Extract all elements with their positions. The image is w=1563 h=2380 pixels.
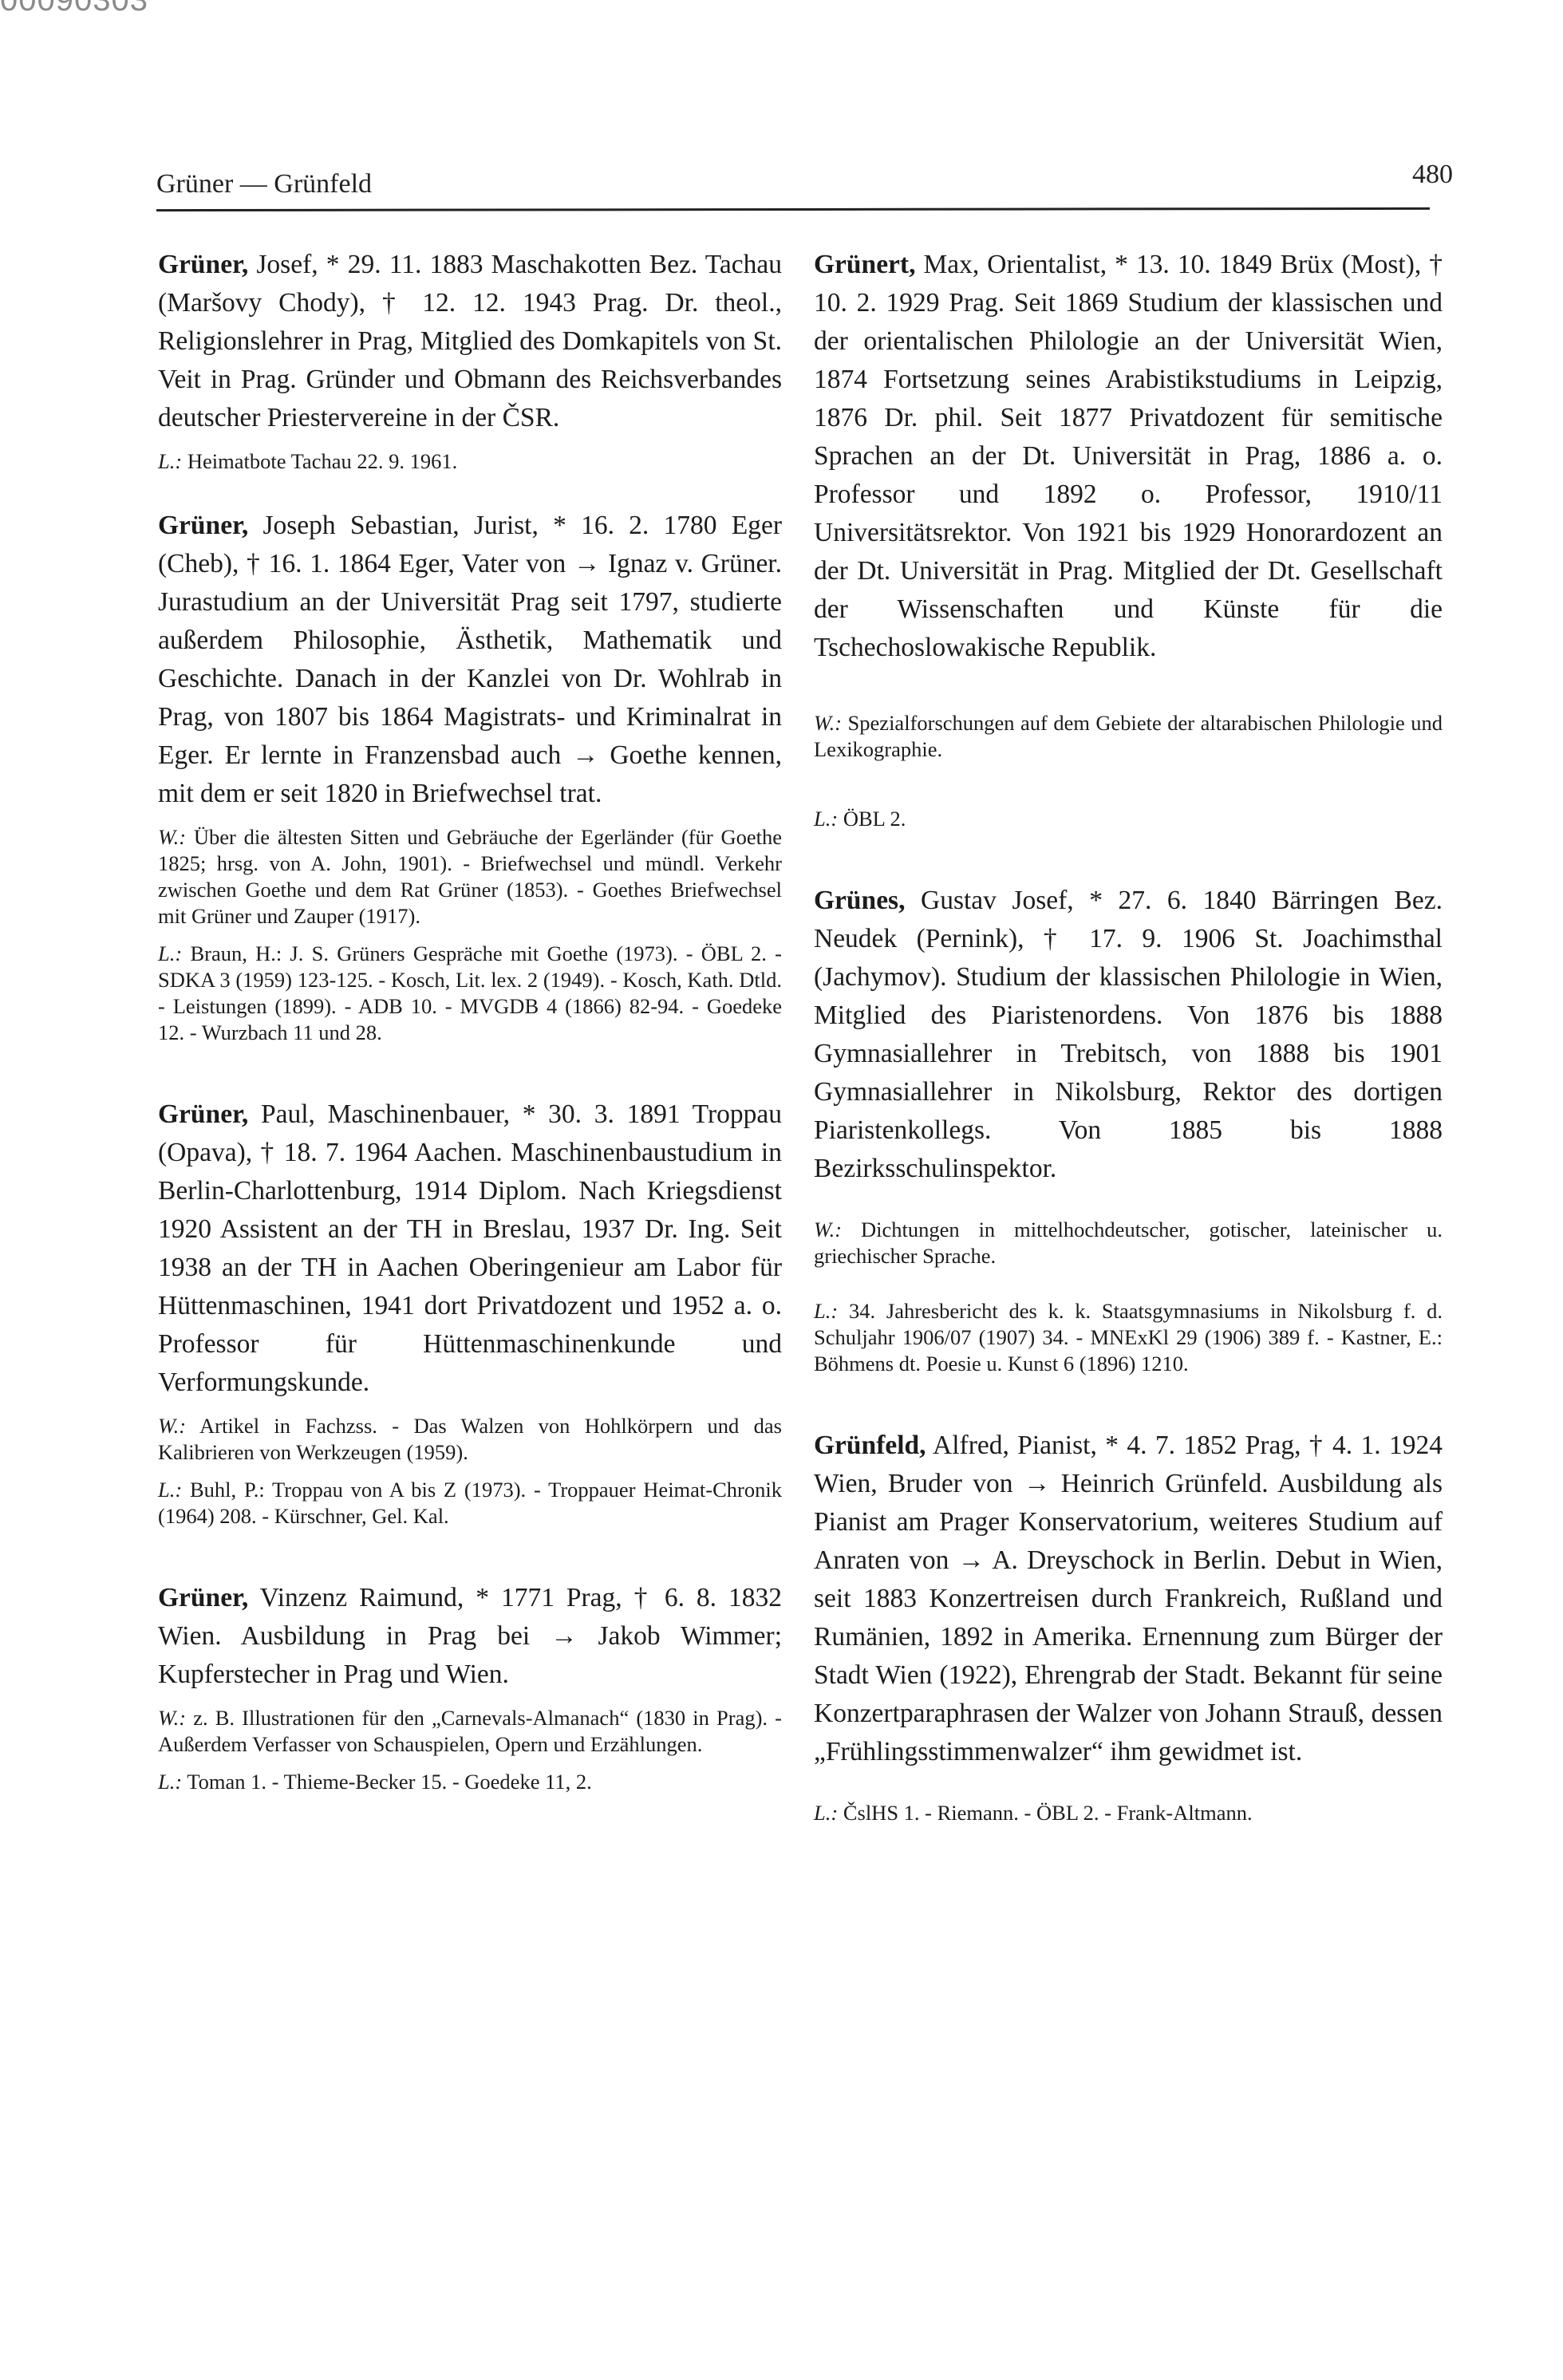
entry-body: Grüner, Vinzenz Raimund, * 1771 Prag, † …	[158, 1579, 782, 1694]
literature: L.: Heimatbote Tachau 22. 9. 1961.	[158, 448, 782, 475]
entry-gruener-joseph-sebastian: Grüner, Joseph Sebastian, Jurist, * 16. …	[158, 507, 782, 1046]
entry-text: Alfred, Pianist, * 4. 7. 1852 Prag, † 4.…	[814, 1431, 1443, 1766]
entry-text: Max, Orientalist, * 13. 10. 1849 Brüx (M…	[814, 250, 1443, 662]
headword: Grünfeld,	[814, 1431, 926, 1460]
literature: L.: ČslHS 1. - Riemann. - ÖBL 2. - Frank…	[814, 1800, 1443, 1826]
works-text: Dichtungen in mittelhochdeutscher, gotis…	[814, 1218, 1443, 1268]
literature: L.: Braun, H.: J. S. Grüners Gespräche m…	[158, 941, 782, 1046]
literature-text: Toman 1. - Thieme-Becker 15. - Goedeke 1…	[182, 1770, 592, 1794]
entry-text: Paul, Maschinenbauer, * 30. 3. 1891 Trop…	[158, 1099, 782, 1397]
headword: Grüner,	[158, 1583, 248, 1612]
works-label: W.:	[158, 825, 186, 849]
entry-gruener-josef: Grüner, Josef, * 29. 11. 1883 Maschakott…	[158, 246, 782, 475]
works-text: Spezialforschungen auf dem Gebiete der a…	[814, 711, 1443, 761]
headword: Grüner,	[158, 250, 248, 279]
entry-body: Grüner, Paul, Maschinenbauer, * 30. 3. 1…	[158, 1095, 782, 1402]
literature-label: L.:	[158, 1770, 182, 1794]
literature-label: L.:	[158, 1478, 182, 1502]
entry-body: Grüner, Joseph Sebastian, Jurist, * 16. …	[158, 507, 782, 813]
entry-gruenes-gustav-josef: Grünes, Gustav Josef, * 27. 6. 1840 Bärr…	[814, 882, 1443, 1377]
literature: L.: Toman 1. - Thieme-Becker 15. - Goede…	[158, 1769, 782, 1795]
literature-label: L.:	[814, 1801, 838, 1825]
entry-text: Gustav Josef, * 27. 6. 1840 Bärringen Be…	[814, 886, 1443, 1183]
literature-label: L.:	[158, 941, 182, 965]
entry-text: Joseph Sebastian, Jurist, * 16. 2. 1780 …	[158, 511, 782, 808]
literature: L.: Buhl, P.: Troppau von A bis Z (1973)…	[158, 1477, 782, 1529]
literature-label: L.:	[158, 449, 182, 473]
entry-text: Vinzenz Raimund, * 1771 Prag, † 6. 8. 18…	[158, 1583, 782, 1689]
page-number: 480	[1412, 160, 1453, 190]
works-label: W.:	[158, 1414, 186, 1438]
entry-gruener-vinzenz-raimund: Grüner, Vinzenz Raimund, * 1771 Prag, † …	[158, 1579, 782, 1795]
headword: Grüner,	[158, 1099, 248, 1129]
literature-text: Braun, H.: J. S. Grüners Gespräche mit G…	[158, 941, 782, 1044]
running-head: Grüner — Grünfeld	[156, 169, 372, 199]
headword: Grünes,	[814, 886, 905, 915]
left-column: Grüner, Josef, * 29. 11. 1883 Maschakott…	[158, 246, 782, 1795]
works-label: W.:	[814, 1218, 842, 1241]
works-text: Über die ältesten Sitten und Gebräuche d…	[158, 825, 782, 928]
works: W.: Über die ältesten Sitten und Gebräuc…	[158, 824, 782, 930]
literature-text: Buhl, P.: Troppau von A bis Z (1973). - …	[158, 1478, 782, 1528]
literature: L.: 34. Jahresbericht des k. k. Staatsgy…	[814, 1298, 1443, 1377]
literature-text: 34. Jahresbericht des k. k. Staatsgymnas…	[814, 1299, 1443, 1376]
works-label: W.:	[158, 1706, 186, 1730]
works: W.: Dichtungen in mittelhochdeutscher, g…	[814, 1217, 1443, 1269]
entry-gruener-paul: Grüner, Paul, Maschinenbauer, * 30. 3. 1…	[158, 1095, 782, 1529]
entry-body: Grüner, Josef, * 29. 11. 1883 Maschakott…	[158, 246, 782, 437]
literature-label: L.:	[814, 807, 838, 831]
entry-gruenert-max: Grünert, Max, Orientalist, * 13. 10. 184…	[814, 246, 1443, 832]
works: W.: Artikel in Fachzss. - Das Walzen von…	[158, 1413, 782, 1466]
scan-id: 00090303	[0, 0, 148, 18]
entry-text: Josef, * 29. 11. 1883 Maschakotten Bez. …	[158, 250, 782, 432]
entry-body: Grünfeld, Alfred, Pianist, * 4. 7. 1852 …	[814, 1427, 1443, 1771]
header-rule	[156, 207, 1430, 211]
literature: L.: ÖBL 2.	[814, 806, 1443, 832]
literature-text: Heimatbote Tachau 22. 9. 1961.	[182, 449, 457, 473]
literature-text: ČslHS 1. - Riemann. - ÖBL 2. - Frank-Alt…	[838, 1801, 1252, 1825]
works-label: W.:	[814, 711, 842, 735]
works-text: Artikel in Fachzss. - Das Walzen von Hoh…	[158, 1414, 782, 1464]
entry-gruenfeld-alfred: Grünfeld, Alfred, Pianist, * 4. 7. 1852 …	[814, 1427, 1443, 1826]
literature-text: ÖBL 2.	[838, 807, 906, 831]
works: W.: z. B. Illustrationen für den „Carnev…	[158, 1705, 782, 1758]
right-column: Grünert, Max, Orientalist, * 13. 10. 184…	[814, 246, 1443, 1826]
headword: Grüner,	[158, 511, 248, 540]
literature-label: L.:	[814, 1299, 838, 1323]
works: W.: Spezialforschungen auf dem Gebiete d…	[814, 710, 1443, 763]
entry-body: Grünes, Gustav Josef, * 27. 6. 1840 Bärr…	[814, 882, 1443, 1188]
works-text: z. B. Illustrationen für den „Carnevals-…	[158, 1706, 782, 1756]
entry-body: Grünert, Max, Orientalist, * 13. 10. 184…	[814, 246, 1443, 667]
headword: Grünert,	[814, 250, 915, 279]
